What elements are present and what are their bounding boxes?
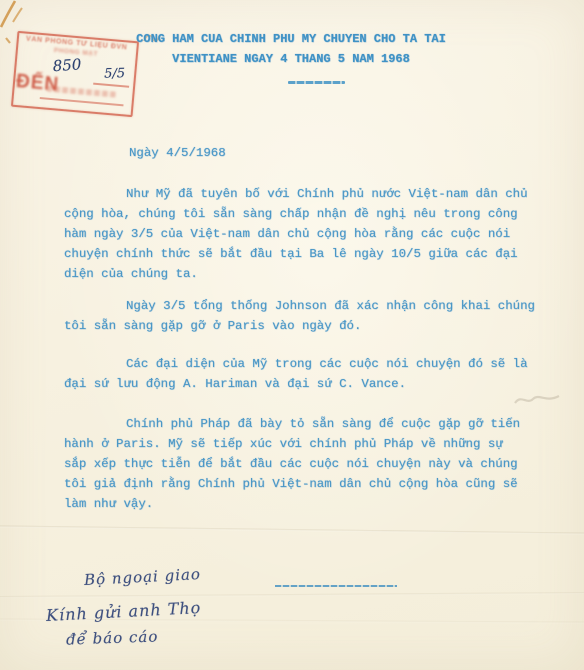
- title-line-1: CONG HAM CUA CHINH PHU MY CHUYEN CHO TA …: [4, 29, 578, 49]
- handwritten-note-line-1: Bộ ngoại giao: [84, 565, 202, 589]
- text-line: diện của chúng ta.: [64, 264, 536, 284]
- pencil-squiggle: [513, 388, 563, 410]
- paper-crease: [0, 592, 584, 598]
- text-line: chuyện chính thức sẽ bắt đầu tại Ba lê n…: [64, 244, 536, 264]
- date-line: Ngày 4/5/1968: [129, 146, 226, 160]
- text-line: sắp xếp thực tiễn để bắt đầu các cuộc nó…: [64, 454, 536, 474]
- text-line: tôi sẵn sàng gặp gỡ ở Paris vào ngày đó.: [64, 316, 536, 336]
- bottom-dashed-line: [275, 585, 397, 587]
- paper-crease: [0, 525, 584, 534]
- text-line: hành ở Paris. Mỹ sẽ tiếp xúc với chính p…: [64, 434, 536, 454]
- text-line: hàm ngày 3/5 của Việt-nam dân chủ cộng h…: [64, 224, 536, 244]
- document-title: CONG HAM CUA CHINH PHU MY CHUYEN CHO TA …: [4, 29, 578, 69]
- text-line: đại sứ lưu động A. Hariman và đại sứ C. …: [64, 374, 536, 394]
- paragraph-2: Ngày 3/5 tổng thống Johnson đã xác nhận …: [64, 296, 536, 336]
- text-line: cộng hòa, chúng tôi sẵn sàng chấp nhận đ…: [64, 204, 536, 224]
- text-line: làm như vậy.: [64, 494, 536, 514]
- stamp-field-rule: [40, 97, 124, 106]
- text-line: Các đại diện của Mỹ trong các cuộc nói c…: [64, 354, 536, 374]
- title-line-2: VIENTIANE NGAY 4 THANG 5 NAM 1968: [4, 49, 578, 69]
- handwritten-note-line-3: để báo cáo: [66, 627, 159, 648]
- text-line: tôi giả định rằng Chính phủ Việt-nam dân…: [64, 474, 536, 494]
- scanned-document-page: VĂN PHÒNG TƯ LIỆU ĐVN PHÒNG MẬT 850 5/5 …: [0, 0, 584, 670]
- text-line: Chính phủ Pháp đã bày tỏ sẵn sàng để cuộ…: [64, 414, 536, 434]
- text-line: Như Mỹ đã tuyên bố với Chính phủ nước Vi…: [64, 184, 536, 204]
- paragraph-4: Chính phủ Pháp đã bày tỏ sẵn sàng để cuộ…: [64, 414, 536, 514]
- stamp-field-rule: [93, 83, 129, 88]
- stamp-received-label: ĐẾN: [15, 71, 60, 97]
- title-underline-dashes: [288, 81, 345, 84]
- text-line: Ngày 3/5 tổng thống Johnson đã xác nhận …: [64, 296, 536, 316]
- paragraph-3: Các đại diện của Mỹ trong các cuộc nói c…: [64, 354, 536, 394]
- paragraph-1: Như Mỹ đã tuyên bố với Chính phủ nước Vi…: [64, 184, 536, 284]
